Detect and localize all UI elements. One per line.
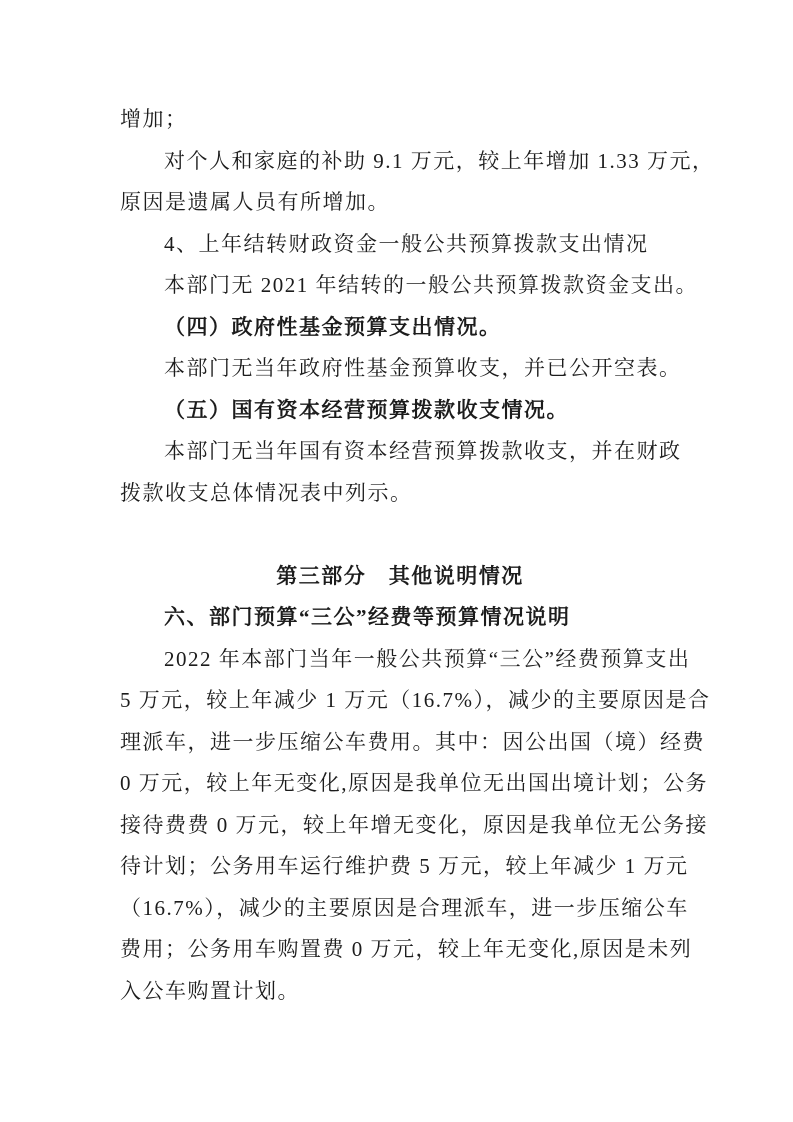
paragraph-line: 本部门无当年国有资本经营预算拨款收支，并在财政 [120, 431, 680, 473]
paragraph-line: 原因是遗属人员有所增加。 [120, 182, 680, 224]
paragraph-line: 2022 年本部门当年一般公共预算“三公”经费预算支出 [120, 639, 680, 681]
paragraph-line: 本部门无 2021 年结转的一般公共预算拨款资金支出。 [120, 265, 680, 307]
subitem-heading: 4、上年结转财政资金一般公共预算拨款支出情况 [120, 224, 680, 266]
paragraph-line: 费用；公务用车购置费 0 万元，较上年无变化,原因是未列 [120, 929, 680, 971]
document-page: 增加； 对个人和家庭的补助 9.1 万元，较上年增加 1.33 万元， 原因是遗… [0, 0, 793, 1122]
paragraph-line: 5 万元，较上年减少 1 万元（16.7%），减少的主要原因是合 [120, 680, 680, 722]
paragraph-line: 0 万元，较上年无变化,原因是我单位无出国出境计划；公务 [120, 763, 680, 805]
paragraph-line: （16.7%），减少的主要原因是合理派车，进一步压缩公车 [120, 888, 680, 930]
paragraph-line: 入公车购置计划。 [120, 971, 680, 1013]
section-heading: （四）政府性基金预算支出情况。 [120, 307, 680, 349]
part-title: 第三部分 其他说明情况 [120, 556, 680, 598]
section-heading: 六、部门预算“三公”经费等预算情况说明 [120, 597, 680, 639]
paragraph-line: 待计划；公务用车运行维护费 5 万元，较上年减少 1 万元 [120, 846, 680, 888]
paragraph-line: 本部门无当年政府性基金预算收支，并已公开空表。 [120, 348, 680, 390]
document-body: 增加； 对个人和家庭的补助 9.1 万元，较上年增加 1.33 万元， 原因是遗… [120, 99, 680, 1012]
paragraph-line: 拨款收支总体情况表中列示。 [120, 473, 680, 515]
paragraph-line: 接待费费 0 万元，较上年增无变化，原因是我单位无公务接 [120, 805, 680, 847]
blank-line [120, 514, 680, 556]
section-heading: （五）国有资本经营预算拨款收支情况。 [120, 390, 680, 432]
paragraph-line: 对个人和家庭的补助 9.1 万元，较上年增加 1.33 万元， [120, 141, 680, 183]
paragraph-line: 增加； [120, 99, 680, 141]
paragraph-line: 理派车，进一步压缩公车费用。其中：因公出国（境）经费 [120, 722, 680, 764]
